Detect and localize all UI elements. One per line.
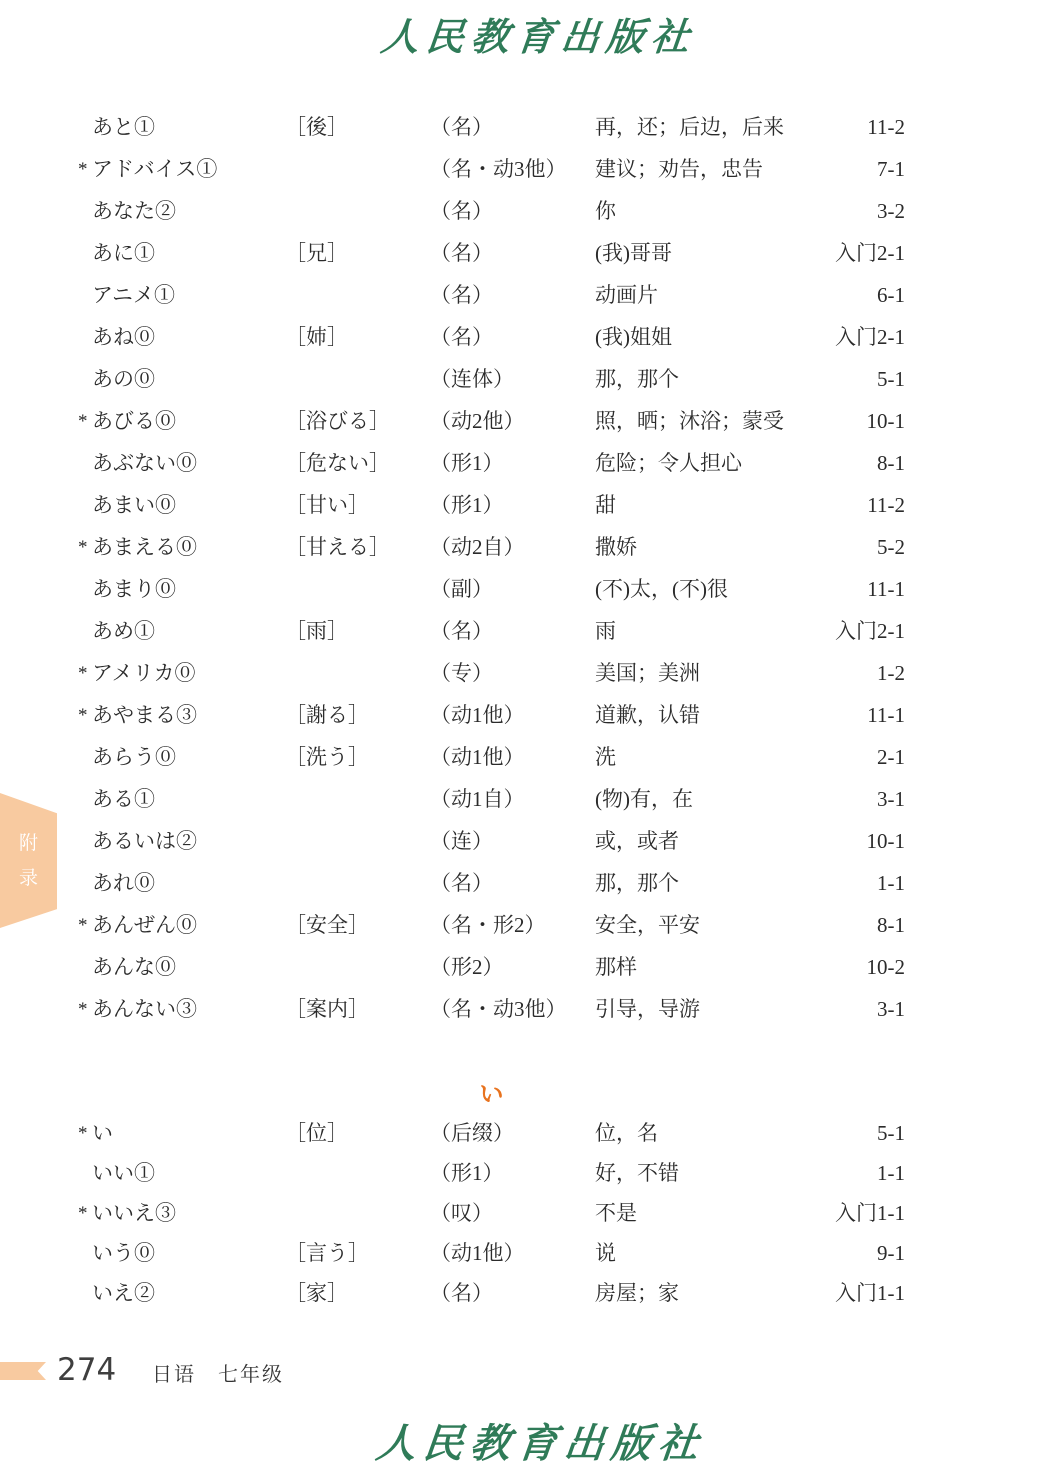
meaning-cell: 道歉，认错 [595, 705, 810, 726]
word-cell: あめ① [78, 621, 285, 642]
vocab-row: あめ①［雨］（名）雨入门2-1 [78, 610, 905, 652]
vocab-row: あるいは②（连）或，或者10-1 [78, 820, 905, 862]
kanji-cell: ［言う］ [285, 1243, 430, 1264]
lesson-cell: 入门1-1 [810, 1283, 905, 1304]
word-cell: *あまえる⓪ [78, 537, 285, 558]
vocab-row: *あびる⓪［浴びる］（动2他）照，晒；沐浴；蒙受10-1 [78, 400, 905, 442]
word-cell: *あびる⓪ [78, 411, 285, 432]
word-cell: あと① [78, 117, 285, 138]
meaning-cell: 房屋；家 [595, 1283, 810, 1304]
lesson-cell: 3-2 [810, 201, 905, 222]
appendix-tab: 附 录 [0, 793, 57, 928]
vocab-row: アニメ①（名）动画片6-1 [78, 274, 905, 316]
book-title: 日语 七年级 [152, 1358, 284, 1387]
lesson-cell: 5-1 [810, 369, 905, 390]
pos-cell: （名・动3他） [430, 159, 595, 180]
meaning-cell: 美国；美洲 [595, 663, 810, 684]
lesson-cell: 9-1 [810, 1243, 905, 1264]
word-cell: あんな⓪ [78, 957, 285, 978]
pos-cell: （动1他） [430, 1243, 595, 1264]
lesson-cell: 入门2-1 [810, 243, 905, 264]
lesson-cell: 6-1 [810, 285, 905, 306]
pos-cell: （叹） [430, 1203, 595, 1224]
lesson-cell: 1-1 [810, 873, 905, 894]
meaning-cell: 洗 [595, 747, 810, 768]
pos-cell: （名・形2） [430, 915, 595, 936]
word-text: いえ② [92, 1283, 155, 1304]
kanji-cell: ［後］ [285, 117, 430, 138]
lesson-cell: 1-2 [810, 663, 905, 684]
word-cell: いい① [78, 1163, 285, 1184]
kanji-cell: ［家］ [285, 1283, 430, 1304]
word-cell: *アメリカ⓪ [78, 663, 285, 684]
word-text: あまえる⓪ [92, 537, 197, 558]
meaning-cell: 安全，平安 [595, 915, 810, 936]
appendix-tab-char-1: 附 [19, 834, 38, 853]
meaning-cell: (我)哥哥 [595, 243, 810, 264]
pos-cell: （名） [430, 285, 595, 306]
word-cell: あらう⓪ [78, 747, 285, 768]
word-text: あんな⓪ [92, 957, 176, 978]
pos-cell: （后缀） [430, 1123, 595, 1144]
meaning-cell: 雨 [595, 621, 810, 642]
publisher-logo-bottom: 人民教育出版社 [373, 1412, 708, 1469]
vocab-row: あんな⓪（形2）那样10-2 [78, 946, 905, 988]
pos-cell: （动1自） [430, 789, 595, 810]
vocab-row: いえ②［家］（名）房屋；家入门1-1 [78, 1273, 905, 1313]
pos-cell: （名） [430, 117, 595, 138]
vocab-row: あの⓪（连体）那，那个5-1 [78, 358, 905, 400]
vocab-row: あに①［兄］（名）(我)哥哥入门2-1 [78, 232, 905, 274]
vocab-row: *あやまる③［謝る］（动1他）道歉，认错11-1 [78, 694, 905, 736]
lesson-cell: 11-1 [810, 705, 905, 726]
pos-cell: （形1） [430, 1163, 595, 1184]
word-cell: あなた② [78, 201, 285, 222]
meaning-cell: 引导，导游 [595, 999, 810, 1020]
kanji-cell: ［甘い］ [285, 495, 430, 516]
vocab-row: あと①［後］（名）再，还；后边，后来11-2 [78, 106, 905, 148]
pos-cell: （动1他） [430, 747, 595, 768]
lesson-cell: 1-1 [810, 1163, 905, 1184]
word-text: あと① [92, 117, 155, 138]
star-marker: * [78, 1204, 92, 1223]
pos-cell: （动1他） [430, 705, 595, 726]
word-cell: ある① [78, 789, 285, 810]
lesson-cell: 7-1 [810, 159, 905, 180]
vocab-row: あなた②（名）你3-2 [78, 190, 905, 232]
kanji-cell: ［雨］ [285, 621, 430, 642]
pos-cell: （动2自） [430, 537, 595, 558]
kanji-cell: ［甘える］ [285, 537, 430, 558]
word-text: いいえ③ [92, 1203, 176, 1224]
section-a-rows: あと①［後］（名）再，还；后边，后来11-2*アドバイス①（名・动3他）建议；劝… [78, 106, 905, 1030]
word-cell: あに① [78, 243, 285, 264]
meaning-cell: 那样 [595, 957, 810, 978]
vocab-row: *あんない③［案内］（名・动3他）引导，导游3-1 [78, 988, 905, 1030]
meaning-cell: 好，不错 [595, 1163, 810, 1184]
kanji-cell: ［姉］ [285, 327, 430, 348]
vocab-row: あぶない⓪［危ない］（形1）危险；令人担心8-1 [78, 442, 905, 484]
section-i-rows: *い［位］（后缀）位，名5-1いい①（形1）好，不错1-1*いいえ③（叹）不是入… [78, 1113, 905, 1313]
star-marker: * [78, 538, 92, 557]
word-text: あれ⓪ [92, 873, 155, 894]
word-text: い [92, 1123, 113, 1144]
pos-cell: （形1） [430, 453, 595, 474]
lesson-cell: 入门2-1 [810, 327, 905, 348]
meaning-cell: 再，还；后边，后来 [595, 117, 810, 138]
lesson-cell: 2-1 [810, 747, 905, 768]
word-text: いう⓪ [92, 1243, 155, 1264]
section-i: *い［位］（后缀）位，名5-1いい①（形1）好，不错1-1*いいえ③（叹）不是入… [78, 1113, 905, 1313]
star-marker: * [78, 916, 92, 935]
meaning-cell: 那，那个 [595, 369, 810, 390]
vocab-row: *アドバイス①（名・动3他）建议；劝告，忠告7-1 [78, 148, 905, 190]
meaning-cell: 位，名 [595, 1123, 810, 1144]
meaning-cell: 说 [595, 1243, 810, 1264]
pos-cell: （名） [430, 201, 595, 222]
kanji-cell: ［危ない］ [285, 453, 430, 474]
meaning-cell: 危险；令人担心 [595, 453, 810, 474]
lesson-cell: 入门1-1 [810, 1203, 905, 1224]
word-text: あめ① [92, 621, 155, 642]
word-text: あんない③ [92, 999, 197, 1020]
vocab-row: *アメリカ⓪（专）美国；美洲1-2 [78, 652, 905, 694]
vocab-row: *い［位］（后缀）位，名5-1 [78, 1113, 905, 1153]
star-marker: * [78, 664, 92, 683]
word-cell: *いいえ③ [78, 1203, 285, 1224]
page-number: 274 [57, 1352, 116, 1388]
section-header-i: い [78, 1080, 905, 1110]
star-marker: * [78, 706, 92, 725]
lesson-cell: 10-2 [810, 957, 905, 978]
word-cell: あまい⓪ [78, 495, 285, 516]
lesson-cell: 3-1 [810, 999, 905, 1020]
word-text: アドバイス① [92, 159, 217, 180]
lesson-cell: 10-1 [810, 411, 905, 432]
word-text: いい① [92, 1163, 155, 1184]
meaning-cell: (物)有，在 [595, 789, 810, 810]
kanji-cell: ［安全］ [285, 915, 430, 936]
meaning-cell: (不)太，(不)很 [595, 579, 810, 600]
star-marker: * [78, 412, 92, 431]
word-cell: あれ⓪ [78, 873, 285, 894]
word-cell: いえ② [78, 1283, 285, 1304]
vocab-row: *あまえる⓪［甘える］（动2自）撒娇5-2 [78, 526, 905, 568]
pos-cell: （副） [430, 579, 595, 600]
lesson-cell: 10-1 [810, 831, 905, 852]
lesson-cell: 11-1 [810, 579, 905, 600]
pos-cell: （连） [430, 831, 595, 852]
word-text: あるいは② [92, 831, 197, 852]
lesson-cell: 入门2-1 [810, 621, 905, 642]
meaning-cell: (我)姐姐 [595, 327, 810, 348]
word-cell: *あんぜん⓪ [78, 915, 285, 936]
word-cell: あるいは② [78, 831, 285, 852]
star-marker: * [78, 160, 92, 179]
pos-cell: （名） [430, 327, 595, 348]
kanji-cell: ［浴びる］ [285, 411, 430, 432]
vocab-row: あね⓪［姉］（名）(我)姐姐入门2-1 [78, 316, 905, 358]
word-text: あびる⓪ [92, 411, 176, 432]
pos-cell: （名） [430, 1283, 595, 1304]
word-cell: *い [78, 1123, 285, 1144]
pos-cell: （形2） [430, 957, 595, 978]
pos-cell: （名） [430, 873, 595, 894]
meaning-cell: 甜 [595, 495, 810, 516]
pos-cell: （形1） [430, 495, 595, 516]
lesson-cell: 11-2 [810, 495, 905, 516]
kanji-cell: ［謝る］ [285, 705, 430, 726]
meaning-cell: 照，晒；沐浴；蒙受 [595, 411, 810, 432]
footer-ribbon [0, 1362, 46, 1380]
word-text: あね⓪ [92, 327, 155, 348]
lesson-cell: 5-1 [810, 1123, 905, 1144]
word-text: アメリカ⓪ [92, 663, 196, 684]
meaning-cell: 动画片 [595, 285, 810, 306]
word-cell: あね⓪ [78, 327, 285, 348]
lesson-cell: 3-1 [810, 789, 905, 810]
word-text: あらう⓪ [92, 747, 176, 768]
meaning-cell: 建议；劝告，忠告 [595, 159, 810, 180]
vocab-row: あれ⓪（名）那，那个1-1 [78, 862, 905, 904]
word-text: アニメ① [92, 285, 175, 306]
lesson-cell: 8-1 [810, 915, 905, 936]
meaning-cell: 撒娇 [595, 537, 810, 558]
lesson-cell: 8-1 [810, 453, 905, 474]
word-text: あやまる③ [92, 705, 197, 726]
pos-cell: （名） [430, 621, 595, 642]
star-marker: * [78, 1000, 92, 1019]
vocab-row: *いいえ③（叹）不是入门1-1 [78, 1193, 905, 1233]
vocab-row: あまい⓪［甘い］（形1）甜11-2 [78, 484, 905, 526]
pos-cell: （名） [430, 243, 595, 264]
vocab-row: いう⓪［言う］（动1他）说9-1 [78, 1233, 905, 1273]
publisher-logo-top: 人民教育出版社 [378, 6, 699, 61]
kanji-cell: ［兄］ [285, 243, 430, 264]
word-text: あなた② [92, 201, 176, 222]
word-cell: あの⓪ [78, 369, 285, 390]
appendix-tab-char-2: 录 [19, 869, 38, 888]
vocab-row: あまり⓪（副）(不)太，(不)很11-1 [78, 568, 905, 610]
word-text: ある① [92, 789, 155, 810]
word-cell: *あやまる③ [78, 705, 285, 726]
word-cell: あまり⓪ [78, 579, 285, 600]
section-a: あと①［後］（名）再，还；后边，后来11-2*アドバイス①（名・动3他）建议；劝… [78, 106, 905, 1030]
kanji-cell: ［位］ [285, 1123, 430, 1144]
vocab-row: *あんぜん⓪［安全］（名・形2）安全，平安8-1 [78, 904, 905, 946]
word-cell: いう⓪ [78, 1243, 285, 1264]
star-marker: * [78, 1124, 92, 1143]
pos-cell: （名・动3他） [430, 999, 595, 1020]
pos-cell: （连体） [430, 369, 595, 390]
vocab-row: あらう⓪［洗う］（动1他）洗2-1 [78, 736, 905, 778]
word-cell: *あんない③ [78, 999, 285, 1020]
meaning-cell: 你 [595, 201, 810, 222]
kanji-cell: ［洗う］ [285, 747, 430, 768]
meaning-cell: 或，或者 [595, 831, 810, 852]
word-text: あに① [92, 243, 155, 264]
word-text: あまい⓪ [92, 495, 176, 516]
lesson-cell: 11-2 [810, 117, 905, 138]
word-cell: あぶない⓪ [78, 453, 285, 474]
vocab-row: いい①（形1）好，不错1-1 [78, 1153, 905, 1193]
vocabulary-glossary: あと①［後］（名）再，还；后边，后来11-2*アドバイス①（名・动3他）建议；劝… [78, 106, 905, 1313]
word-text: あんぜん⓪ [92, 915, 197, 936]
lesson-cell: 5-2 [810, 537, 905, 558]
word-cell: *アドバイス① [78, 159, 285, 180]
word-text: あまり⓪ [92, 579, 176, 600]
word-text: あの⓪ [92, 369, 155, 390]
vocab-row: ある①（动1自）(物)有，在3-1 [78, 778, 905, 820]
meaning-cell: 那，那个 [595, 873, 810, 894]
pos-cell: （动2他） [430, 411, 595, 432]
word-text: あぶない⓪ [92, 453, 197, 474]
pos-cell: （专） [430, 663, 595, 684]
meaning-cell: 不是 [595, 1203, 810, 1224]
kanji-cell: ［案内］ [285, 999, 430, 1020]
word-cell: アニメ① [78, 285, 285, 306]
